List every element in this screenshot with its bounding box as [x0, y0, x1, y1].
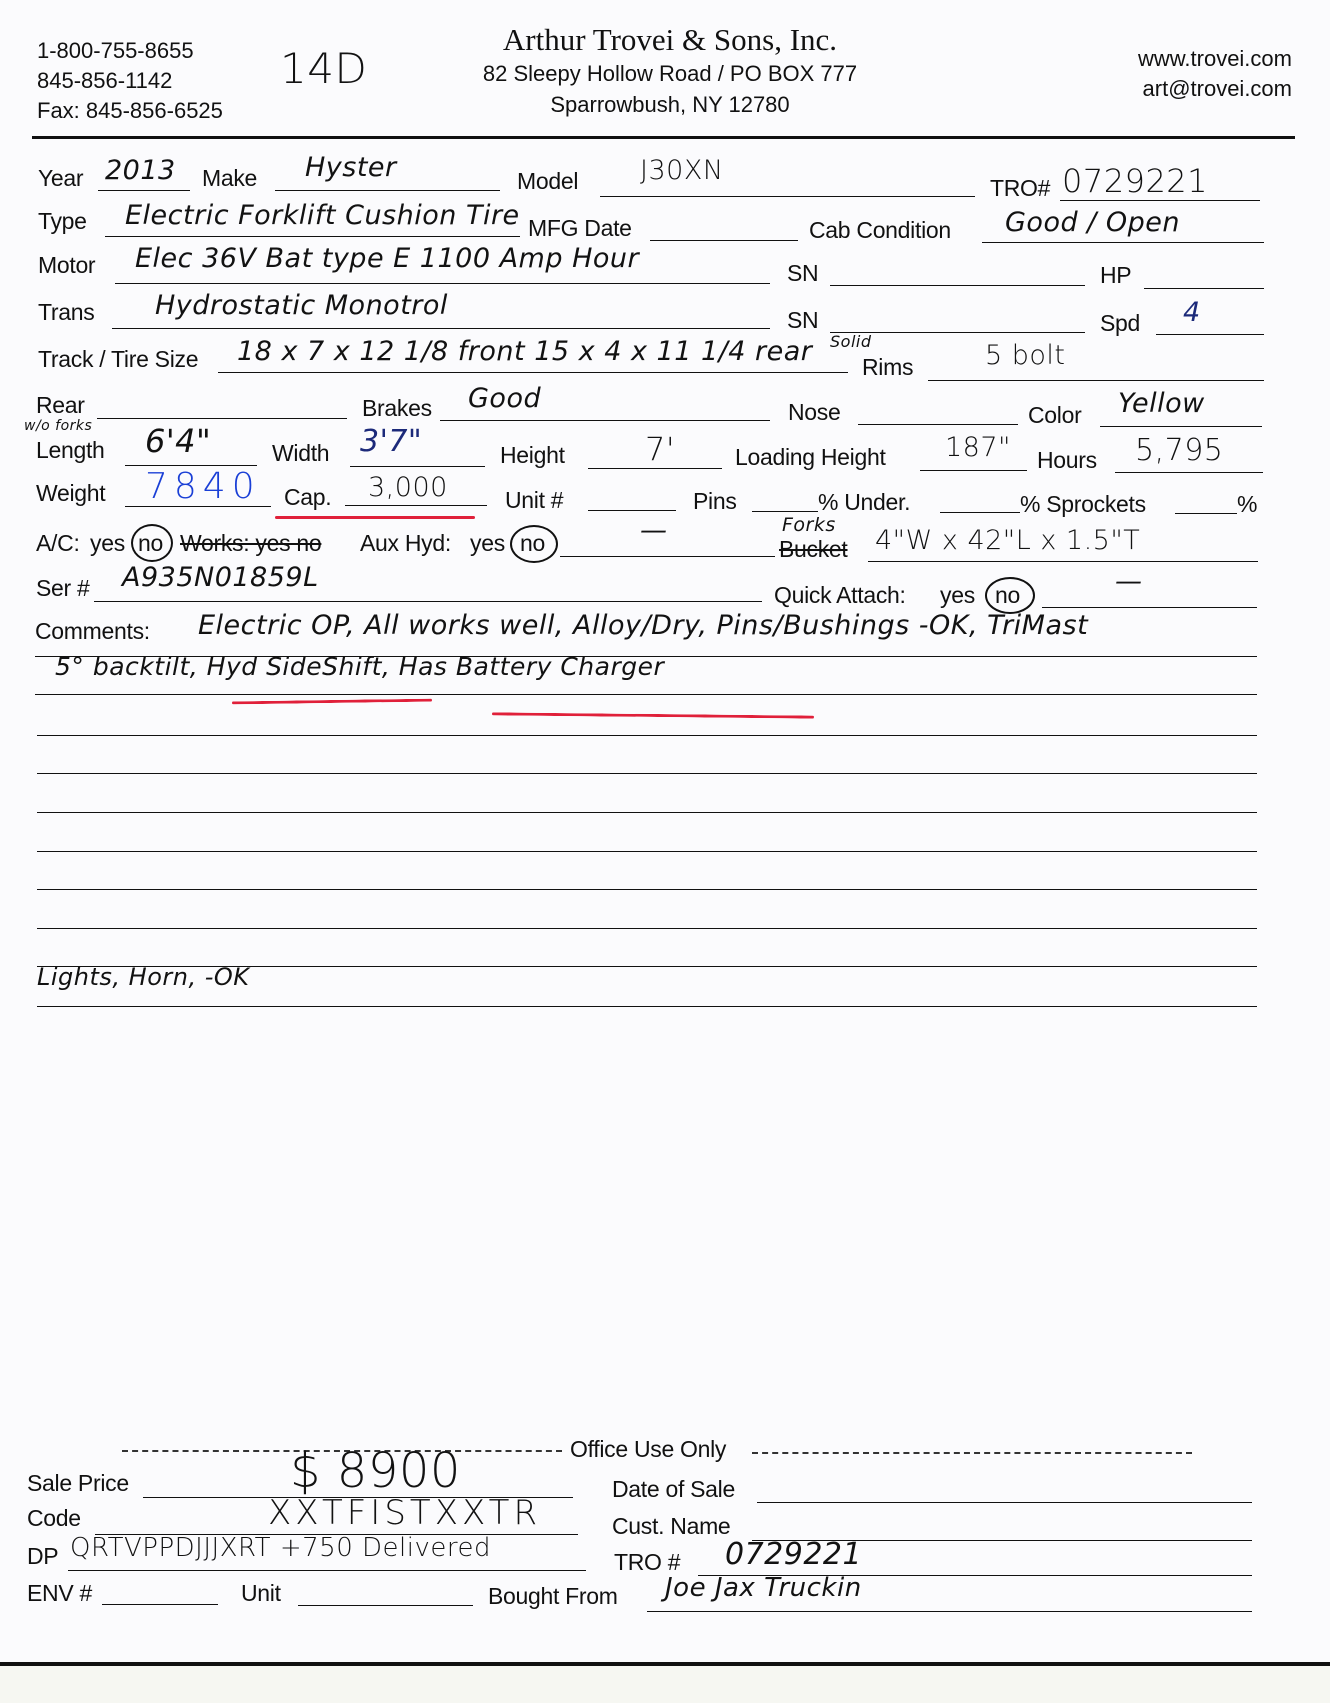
type-label: Type [38, 208, 87, 235]
sprockets-field[interactable] [1175, 513, 1237, 514]
hours-label: Hours [1037, 447, 1097, 474]
motor-line [115, 283, 770, 284]
track-tire-value[interactable]: 18 x 7 x 12 1/8 front 15 x 4 x 11 1/4 re… [237, 336, 812, 367]
track-tire-note: Solid [830, 332, 872, 351]
company-header: Arthur Trovei & Sons, Inc. 82 Sleepy Hol… [430, 22, 910, 120]
color-value[interactable]: Yellow [1118, 388, 1205, 419]
ser-line [94, 601, 762, 602]
track-tire-line [218, 372, 848, 373]
height-value[interactable]: 7' [645, 430, 675, 468]
unit-label: Unit # [505, 487, 563, 514]
mfg-date-label: MFG Date [528, 215, 632, 242]
cab-condition-label: Cab Condition [809, 217, 951, 244]
bucket-label-struck: Bucket [779, 536, 848, 563]
motor-label: Motor [38, 252, 95, 279]
rear-label: Rear [36, 392, 85, 419]
spd-line [1156, 334, 1264, 335]
year-label: Year [38, 165, 83, 192]
rims-value[interactable]: 5 bolt [985, 340, 1066, 371]
comment-rule-8[interactable] [37, 928, 1257, 929]
quick-attach-no-selected-circle [985, 577, 1035, 614]
fax: Fax: 845-856-6525 [37, 96, 223, 126]
company-name: Arthur Trovei & Sons, Inc. [430, 22, 910, 58]
length-value[interactable]: 6'4" [145, 422, 211, 460]
weight-label: Weight [36, 480, 105, 507]
bought-from-label: Bought From [488, 1583, 618, 1610]
office-tro-value[interactable]: 0729221 [725, 1537, 862, 1572]
aux-hyd-field[interactable] [560, 556, 775, 557]
model-value[interactable]: J30XN [640, 155, 724, 186]
company-address-2: Sparrowbush, NY 12780 [430, 89, 910, 120]
code-label: Code [27, 1505, 81, 1532]
sale-price-label: Sale Price [27, 1470, 129, 1497]
aux-hyd-label: Aux Hyd: [360, 530, 451, 557]
loading-height-line [920, 470, 1027, 471]
comment-rule-4[interactable] [37, 773, 1257, 774]
nose-label: Nose [788, 399, 841, 426]
pins-field[interactable] [752, 511, 818, 512]
loading-height-value[interactable]: 187" [945, 432, 1011, 463]
width-value[interactable]: 3'7" [360, 424, 422, 459]
quick-attach-label: Quick Attach: [774, 582, 906, 609]
height-label: Height [500, 442, 565, 469]
code-value[interactable]: XXTFISTXXTR [268, 1493, 541, 1533]
date-of-sale-label: Date of Sale [612, 1476, 735, 1503]
tro-line [1060, 200, 1260, 201]
cap-red-underline [275, 516, 475, 519]
hp-field[interactable] [1144, 288, 1264, 289]
aux-hyd-note: — [640, 515, 668, 546]
comment-rule-6[interactable] [37, 851, 1257, 852]
spd-label: Spd [1100, 310, 1140, 337]
cab-condition-line [982, 242, 1264, 243]
sprockets-label: % Sprockets [1020, 491, 1146, 518]
header-divider [32, 136, 1295, 139]
website: www.trovei.com [1138, 44, 1292, 74]
cap-value[interactable]: 3,000 [368, 472, 448, 503]
ser-value[interactable]: A935N01859L [122, 562, 319, 593]
date-of-sale-field[interactable] [757, 1502, 1252, 1503]
sale-price-value[interactable]: $ 8900 [290, 1443, 461, 1499]
dp-value[interactable]: QRTVPPDJJJXRT +750 Delivered [70, 1533, 491, 1563]
trans-value[interactable]: Hydrostatic Monotrol [155, 290, 448, 321]
comment-rule-7[interactable] [37, 889, 1257, 890]
aux-hyd-no-selected-circle [510, 525, 558, 563]
motor-sn-field[interactable] [830, 285, 1085, 286]
ac-yes-option[interactable]: yes [90, 530, 125, 557]
under-field[interactable] [940, 512, 1020, 513]
ser-label: Ser # [36, 575, 89, 602]
office-divider-right [752, 1452, 1192, 1454]
cap-label: Cap. [284, 484, 331, 511]
office-tro-label: TRO # [614, 1549, 680, 1576]
quick-attach-yes-option[interactable]: yes [940, 582, 975, 609]
ac-label: A/C: [36, 530, 80, 557]
width-label: Width [272, 440, 329, 467]
forks-line [868, 561, 1258, 562]
brakes-value[interactable]: Good [468, 383, 541, 414]
nose-field[interactable] [858, 424, 1018, 425]
bought-from-value[interactable]: Joe Jax Truckin [665, 1573, 862, 1603]
weight-line [125, 506, 271, 507]
red-underline-charger [492, 712, 814, 718]
weight-value[interactable]: 7840 [145, 466, 261, 507]
aux-hyd-yes-option[interactable]: yes [470, 530, 505, 557]
hp-label: HP [1100, 262, 1131, 289]
quick-attach-note: — [1115, 566, 1143, 597]
dp-line [68, 1570, 586, 1571]
comment-line-2[interactable]: 5° backtilt, Hyd SideShift, Has Battery … [55, 652, 664, 681]
company-address-1: 82 Sleepy Hollow Road / PO BOX 777 [430, 58, 910, 89]
length-note: w/o forks [24, 418, 92, 434]
width-line [350, 466, 485, 467]
year-line [98, 190, 190, 191]
height-line [588, 468, 722, 469]
unit-office-field[interactable] [298, 1605, 473, 1606]
comment-rule-5[interactable] [37, 812, 1257, 813]
brakes-line [440, 420, 770, 421]
type-line [105, 236, 520, 237]
dp-label: DP [27, 1543, 58, 1570]
cap-line [345, 505, 487, 506]
web-contact: www.trovei.com art@trovei.com [1138, 44, 1292, 104]
motor-sn-label: SN [787, 260, 818, 287]
forks-value[interactable]: 4"W x 42"L x 1.5"T [875, 525, 1140, 556]
unit-field[interactable] [588, 510, 676, 511]
env-label: ENV # [27, 1580, 92, 1607]
mfg-date-field[interactable] [650, 240, 798, 241]
sprockets-pct: % [1237, 491, 1257, 518]
red-underline-sideshift [232, 699, 432, 705]
bought-from-line [647, 1611, 1252, 1612]
code-mark: 14D [280, 44, 367, 93]
trans-line [112, 328, 770, 329]
comment-rule-2 [35, 694, 1257, 695]
year-value[interactable]: 2013 [105, 155, 176, 186]
phone-tollfree: 1-800-755-8655 [37, 36, 223, 66]
spd-value[interactable]: 4 [1183, 297, 1201, 328]
comment-rule-3[interactable] [37, 735, 1257, 736]
comment-line-10[interactable]: Lights, Horn, -OK [37, 963, 250, 991]
rims-line [928, 380, 1264, 381]
rims-label: Rims [862, 354, 913, 381]
comments-label: Comments: [35, 618, 150, 645]
scan-bottom-edge [0, 1662, 1330, 1703]
office-use-title: Office Use Only [570, 1436, 726, 1463]
phone-local: 845-856-1142 [37, 66, 223, 96]
hours-line [1115, 472, 1263, 473]
comment-rule-10 [37, 1006, 1257, 1007]
cust-name-label: Cust. Name [612, 1513, 730, 1540]
tro-value[interactable]: 0729221 [1062, 162, 1208, 200]
color-label: Color [1028, 402, 1081, 429]
trans-sn-label: SN [787, 307, 818, 334]
type-value[interactable]: Electric Forklift Cushion Tire [125, 200, 520, 231]
tro-label: TRO# [990, 175, 1050, 202]
comment-line-1[interactable]: Electric OP, All works well, Alloy/Dry, … [198, 610, 1088, 641]
loading-height-label: Loading Height [735, 444, 886, 471]
unit-office-label: Unit [241, 1580, 281, 1607]
under-label: % Under. [818, 489, 910, 516]
model-line [600, 196, 975, 197]
ac-no-selected-circle [131, 524, 173, 562]
rear-field[interactable] [97, 418, 347, 419]
contact-phones: 1-800-755-8655 845-856-1142 Fax: 845-856… [37, 36, 223, 126]
brakes-label: Brakes [362, 395, 432, 422]
bucket-replacement: Forks [782, 514, 836, 536]
email: art@trovei.com [1138, 74, 1292, 104]
make-line [275, 190, 500, 191]
make-value[interactable]: Hyster [305, 152, 397, 183]
hours-value[interactable]: 5,795 [1135, 433, 1223, 468]
quick-attach-field[interactable] [1042, 607, 1257, 608]
color-line [1100, 426, 1262, 427]
motor-value[interactable]: Elec 36V Bat type E 1100 Amp Hour [135, 243, 639, 274]
make-label: Make [202, 165, 257, 192]
length-label: Length [36, 437, 105, 464]
cab-condition-value[interactable]: Good / Open [1005, 207, 1180, 238]
env-field[interactable] [102, 1604, 218, 1605]
pins-label: Pins [693, 488, 737, 515]
trans-label: Trans [38, 299, 94, 326]
works-label-struck: Works: yes no [180, 530, 321, 557]
track-tire-label: Track / Tire Size [38, 346, 198, 373]
model-label: Model [517, 168, 578, 195]
